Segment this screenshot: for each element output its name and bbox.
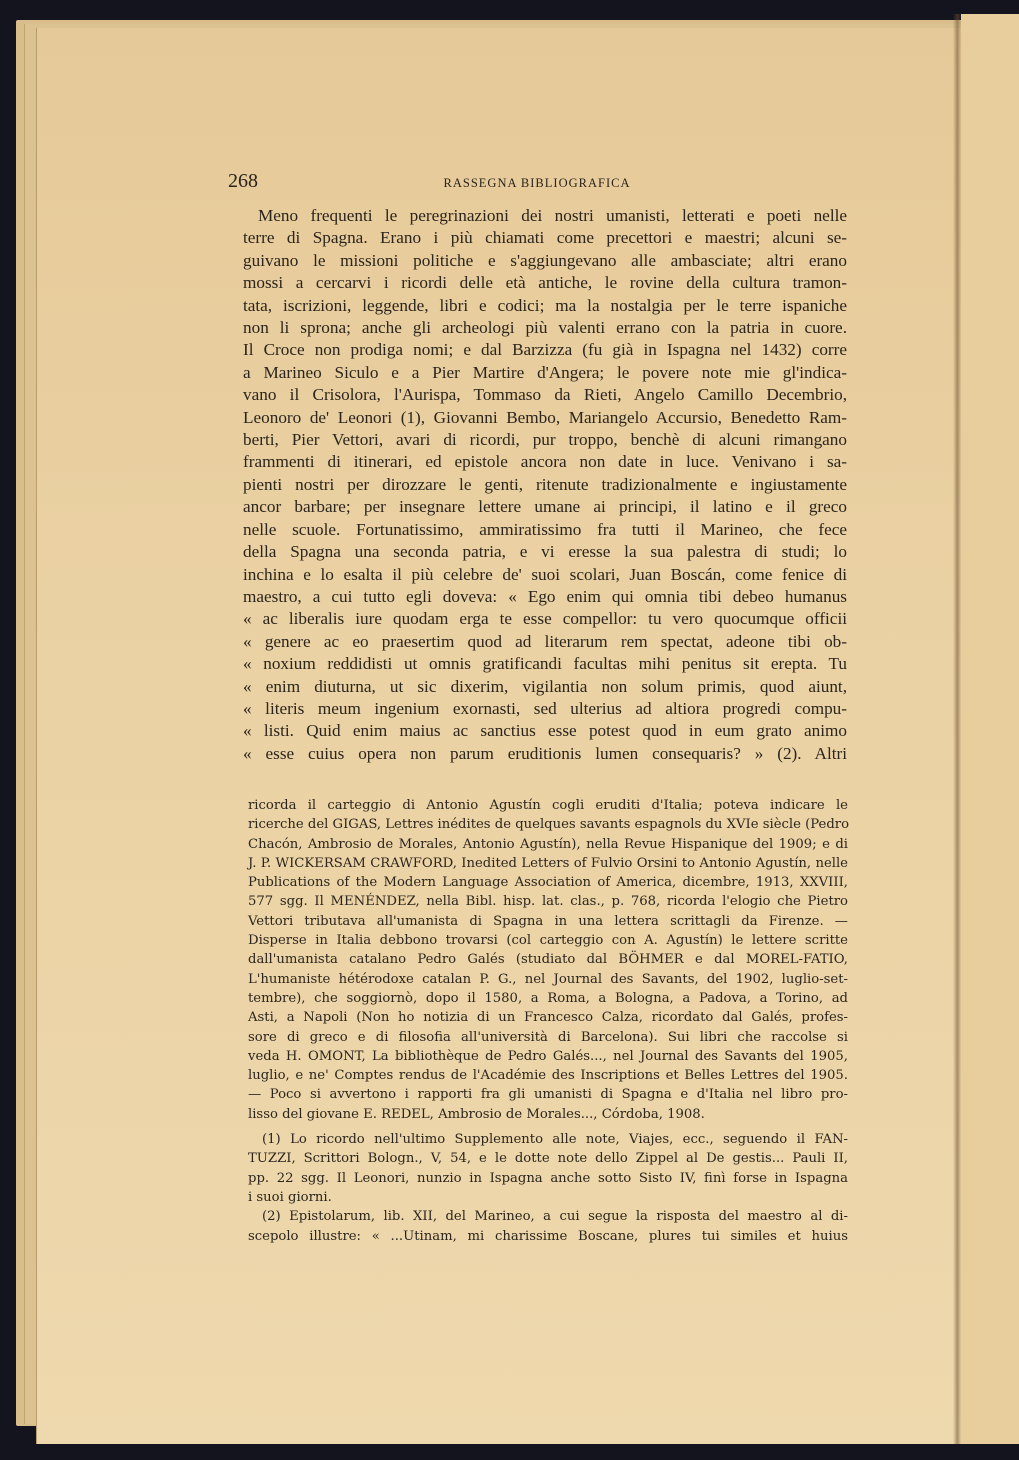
body-line: mossi a cercarvi i ricordi delle età ant… <box>243 272 847 294</box>
footnote-line: scepolo illustre: « ...Utinam, mi charis… <box>248 1227 848 1246</box>
quote-line: « esse cuius opera non parum eruditionis… <box>243 743 847 765</box>
footnote-line: Publications of the Modern Language Asso… <box>248 873 848 892</box>
footnotes: ricorda il carteggio di Antonio Agustín … <box>248 796 848 1246</box>
body-line: Leonoro de' Leonori (1), Giovanni Bembo,… <box>243 407 847 429</box>
footnote-line: 577 sgg. Il MENÉNDEZ, nella Bibl. hisp. … <box>248 892 848 911</box>
body-line: nelle scuole. Fortunatissimo, ammiratiss… <box>243 519 847 541</box>
body-line: vano il Crisolora, l'Aurispa, Tommaso da… <box>243 384 847 406</box>
quote-line: « ac liberalis iure quodam erga te esse … <box>243 608 847 630</box>
footnote-line: ricerche del GIGAS, Lettres inédites de … <box>248 815 848 834</box>
body-line: Meno frequenti le peregrinazioni dei nos… <box>243 205 847 227</box>
quote-line: « noxium reddidisti ut omnis gratificand… <box>243 653 847 675</box>
quote-line: « listi. Quid enim maius ac sanctius ess… <box>243 720 847 742</box>
body-line: terre di Spagna. Erano i più chiamati co… <box>243 227 847 249</box>
footnote-line: — Poco si avvertono i rapporti fra gli u… <box>248 1085 848 1104</box>
body-text: Meno frequenti le peregrinazioni dei nos… <box>243 205 847 765</box>
footnote-line: dall'umanista catalano Pedro Galés (stud… <box>248 950 848 969</box>
footnote-continued: ricorda il carteggio di Antonio Agustín … <box>248 796 848 1124</box>
footnote-line: ricorda il carteggio di Antonio Agustín … <box>248 796 848 815</box>
footnote-line: Chacón, Ambrosio de Morales, Antonio Agu… <box>248 835 848 854</box>
footnote-line: lisso del giovane E. REDEL, Ambrosio de … <box>248 1105 848 1124</box>
footnote-line: veda H. OMONT, La bibliothèque de Pedro … <box>248 1047 848 1066</box>
footnote-line: L'humaniste hétérodoxe catalan P. G., ne… <box>248 970 848 989</box>
body-line: maestro, a cui tutto egli doveva: « Ego … <box>243 586 847 608</box>
footnote-2: (2) Epistolarum, lib. XII, del Marineo, … <box>248 1207 848 1246</box>
facing-page-edge <box>961 14 1019 1444</box>
footnote-line: sore di greco e di filosofia all'univers… <box>248 1028 848 1047</box>
footnote-line: luglio, e ne' Comptes rendus de l'Académ… <box>248 1066 848 1085</box>
body-line: non li sprona; anche gli archeologi più … <box>243 317 847 339</box>
body-line: guivano le missioni politiche e s'aggiun… <box>243 250 847 272</box>
footnote-line: tembre), che soggiornò, dopo il 1580, a … <box>248 989 848 1008</box>
footnote-line: Disperse in Italia debbono trovarsi (col… <box>248 931 848 950</box>
quote-line: « enim diuturna, ut sic dixerim, vigilan… <box>243 676 847 698</box>
footnote-line: Vettori tributava all'umanista di Spagna… <box>248 912 848 931</box>
body-line: Il Croce non prodiga nomi; e dal Barzizz… <box>243 339 847 361</box>
page-header: 268 RASSEGNA BIBLIOGRAFICA <box>228 170 846 194</box>
body-line: a Marineo Siculo e a Pier Martire d'Ange… <box>243 362 847 384</box>
running-title: RASSEGNA BIBLIOGRAFICA <box>228 176 846 191</box>
footnote-line: Asti, a Napoli (Non ho notizia di un Fra… <box>248 1008 848 1027</box>
body-line: frammenti di itinerari, ed epistole anco… <box>243 451 847 473</box>
body-line: tata, iscrizioni, leggende, libri e codi… <box>243 295 847 317</box>
footnote-line: TUZZI, Scrittori Bologn., V, 54, e le do… <box>248 1149 848 1168</box>
footnote-line: (2) Epistolarum, lib. XII, del Marineo, … <box>248 1207 848 1226</box>
body-line: della Spagna una seconda patria, e vi er… <box>243 541 847 563</box>
footnote-line: pp. 22 sgg. Il Leonori, nunzio in Ispagn… <box>248 1169 848 1188</box>
footnote-1: (1) Lo ricordo nell'ultimo Supplemento a… <box>248 1130 848 1207</box>
book-gutter <box>953 14 961 1444</box>
footnote-line: i suoi giorni. <box>248 1188 848 1207</box>
footnote-line: J. P. WICKERSAM CRAWFORD, Inedited Lette… <box>248 854 848 873</box>
quote-line: « genere ac eo praesertim quod ad litera… <box>243 631 847 653</box>
body-line: pienti nostri per dirozzare le genti, ri… <box>243 474 847 496</box>
quote-line: « literis meum ingenium exornasti, sed u… <box>243 698 847 720</box>
footnote-line: (1) Lo ricordo nell'ultimo Supplemento a… <box>248 1130 848 1149</box>
body-line: inchina e lo esalta il più celebre de' s… <box>243 564 847 586</box>
body-line: berti, Pier Vettori, avari di ricordi, p… <box>243 429 847 451</box>
body-line: ancor barbare; per insegnare lettere uma… <box>243 496 847 518</box>
